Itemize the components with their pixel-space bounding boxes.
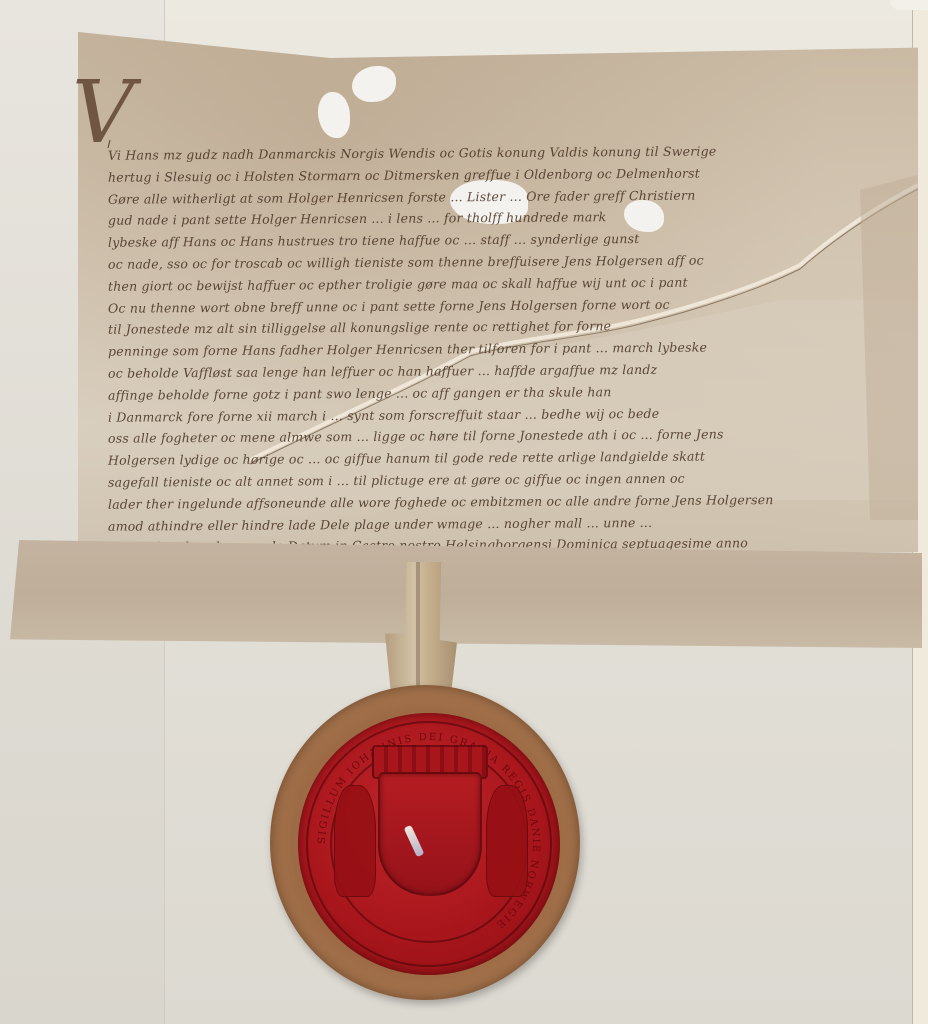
seal-supporter-left-icon — [334, 785, 376, 897]
parchment-fold-plica — [10, 540, 922, 648]
seal-tag-fold-line — [416, 562, 420, 692]
charter-text: Vi Hans mz gudz nadh Danmarckis Norgis W… — [108, 142, 888, 600]
seal-coat-of-arms-icon — [378, 772, 482, 896]
seal-supporter-right-icon — [486, 785, 528, 897]
backing-corner-tear — [890, 0, 928, 10]
